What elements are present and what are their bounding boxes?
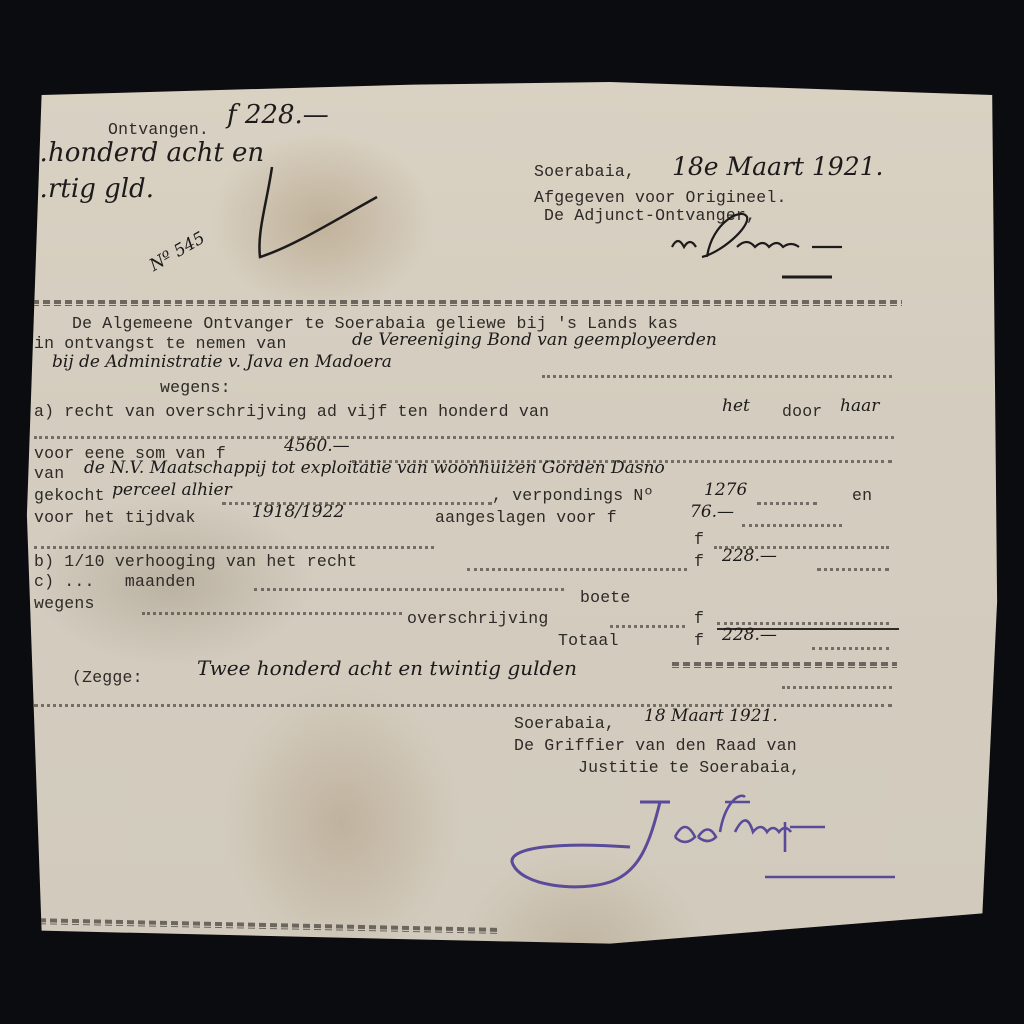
- tijdvak-handwritten: 1918/1922: [252, 502, 344, 522]
- dotted-line: [34, 546, 434, 549]
- f-line-b: f: [694, 552, 704, 571]
- dotted-line: [142, 612, 402, 615]
- received-amount-words-2: …rtig gld.: [22, 174, 154, 204]
- aangeslagen-label: aangeslagen voor f: [435, 508, 617, 527]
- en-label: en: [852, 486, 872, 505]
- dotted-line: [812, 647, 889, 650]
- item-b-label: b) 1/10 verhooging van het recht: [34, 552, 357, 571]
- sum-value: 4560.—: [284, 436, 350, 456]
- totaal-value: 228.—: [722, 625, 777, 645]
- footer-justitie: Justitie te Soerabaia,: [578, 758, 800, 777]
- aangeslagen-value: 76.—: [690, 502, 734, 522]
- receipt-document: Ontvangen. f 228.— …honderd acht en …rti…: [22, 82, 1002, 948]
- item-a-hw-2: haar: [840, 396, 879, 416]
- footer-griffier: De Griffier van den Raad van: [514, 736, 797, 755]
- separator-total: [672, 662, 897, 666]
- dotted-line: [757, 502, 817, 505]
- separator-bottom: [28, 918, 498, 932]
- dotted-line: [782, 686, 892, 689]
- griffier-signature: [500, 782, 900, 912]
- adjunct-signature: [662, 202, 882, 282]
- wegens-label-2: wegens: [34, 594, 95, 613]
- item-a-hw-1: het: [722, 396, 750, 416]
- van-handwritten: de N.V. Maatschappij tot exploitatie van…: [84, 458, 665, 478]
- dotted-line: [742, 524, 842, 527]
- gekocht-handwritten: perceel alhier: [112, 480, 232, 500]
- item-b-value: 228.—: [722, 546, 777, 566]
- header-date: 18e Maart 1921.: [672, 152, 883, 181]
- zegge-label: (Zegge:: [72, 668, 143, 687]
- van-label: van: [34, 464, 64, 483]
- intro-line-2: in ontvangst te nemen van: [34, 334, 287, 353]
- item-c-label: c) ... maanden: [34, 572, 196, 591]
- wegens-label: wegens:: [160, 378, 231, 397]
- f-totaal: f: [694, 631, 704, 650]
- overschrijving-label: overschrijving: [407, 609, 548, 628]
- dotted-line: [610, 625, 685, 628]
- dotted-line: [254, 588, 564, 591]
- verpondings-label: , verpondings Nº: [492, 486, 654, 505]
- verpondings-number: 1276: [704, 480, 747, 500]
- dotted-line: [817, 568, 889, 571]
- tijdvak-label: voor het tijdvak: [34, 508, 196, 527]
- totaal-label: Totaal: [558, 631, 619, 650]
- f-line-a: f: [694, 530, 704, 549]
- stub-signature: [252, 162, 382, 262]
- received-amount-words-1: …honderd acht en: [22, 138, 264, 168]
- gekocht-label: gekocht: [34, 486, 105, 505]
- zegge-handwritten: Twee honderd acht en twintig gulden: [197, 656, 577, 680]
- f-line-c: f: [694, 609, 704, 628]
- payer-handwritten-2: bij de Administratie v. Java en Madoera: [52, 352, 392, 372]
- footer-place: Soerabaia,: [514, 714, 615, 733]
- dotted-line: [542, 375, 892, 378]
- boete-label: boete: [580, 588, 631, 607]
- reference-number: Nº 545: [146, 228, 209, 276]
- item-a-label: a) recht van overschrijving ad vijf ten …: [34, 402, 549, 421]
- payer-handwritten-1: de Vereeniging Bond van geemployeerden: [352, 330, 717, 350]
- received-label: Ontvangen.: [108, 120, 209, 139]
- header-place: Soerabaia,: [534, 162, 635, 181]
- dotted-line: [34, 436, 894, 439]
- separator-top: [32, 300, 902, 304]
- item-a-door: door: [782, 402, 822, 421]
- received-amount: f 228.—: [227, 100, 329, 130]
- dotted-line: [467, 568, 687, 571]
- footer-date: 18 Maart 1921.: [644, 706, 778, 726]
